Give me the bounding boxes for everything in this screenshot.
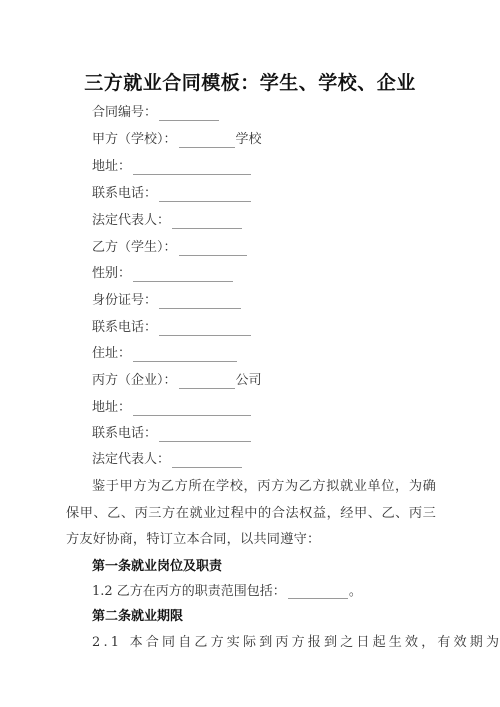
party-c-legal-rep-blank[interactable] <box>172 455 242 468</box>
field-label: 性别： <box>92 266 131 282</box>
party-b-gender-field: 性别： <box>92 266 233 282</box>
contract-number-blank[interactable] <box>159 108 219 121</box>
party-a-name-blank[interactable] <box>179 135 235 148</box>
duty-scope-blank[interactable] <box>288 586 348 599</box>
document-title: 三方就业合同模板：学生、学校、企业 <box>0 68 500 95</box>
section-2-clause: 2.1 本合同自乙方实际到丙方报到之日起生效，有效期为 <box>92 631 500 650</box>
field-label: 联系电话： <box>92 186 157 202</box>
party-a-school-field: 甲方（学校）： 学校 <box>92 132 262 148</box>
clause-suffix: 。 <box>349 580 362 599</box>
party-a-address-blank[interactable] <box>133 162 251 175</box>
party-c-address-blank[interactable] <box>133 403 251 416</box>
party-c-phone-field: 联系电话： <box>92 426 251 442</box>
party-c-address-field: 地址： <box>92 400 251 416</box>
field-label: 甲方（学校）： <box>92 132 177 148</box>
field-label: 地址： <box>92 159 131 175</box>
field-label: 法定代表人： <box>92 213 170 229</box>
clause-text: 2.1 本合同自乙方实际到丙方报到之日起生效，有效期为 <box>92 631 500 650</box>
field-label: 乙方（学生）： <box>92 240 177 256</box>
field-suffix: 公司 <box>236 373 262 389</box>
party-c-legal-rep-field: 法定代表人： <box>92 452 242 468</box>
field-label: 联系电话： <box>92 426 157 442</box>
contract-number-field: 合同编号： <box>92 105 219 121</box>
party-b-id-number-blank[interactable] <box>159 296 241 309</box>
party-c-company-field: 丙方（企业）： 公司 <box>92 373 262 389</box>
party-a-phone-blank[interactable] <box>159 189 251 202</box>
field-label: 地址： <box>92 400 131 416</box>
party-b-name-blank[interactable] <box>179 243 247 256</box>
party-b-residence-field: 住址： <box>92 346 237 362</box>
party-b-student-field: 乙方（学生）： <box>92 240 247 256</box>
preamble-paragraph: 鉴于甲方为乙方所在学校，丙方为乙方拟就业单位，为确保甲、乙、丙三方在就业过程中的… <box>66 474 436 554</box>
field-label: 身份证号： <box>92 293 157 309</box>
party-c-name-blank[interactable] <box>179 376 235 389</box>
party-a-phone-field: 联系电话： <box>92 186 251 202</box>
party-c-phone-blank[interactable] <box>159 429 251 442</box>
field-label: 联系电话： <box>92 320 157 336</box>
party-b-phone-blank[interactable] <box>159 323 251 336</box>
party-a-legal-rep-field: 法定代表人： <box>92 213 242 229</box>
section-2-heading: 第二条就业期限 <box>92 605 183 624</box>
clause-text: 1.2 乙方在丙方的职责范围包括： <box>92 580 286 599</box>
party-b-id-number-field: 身份证号： <box>92 293 241 309</box>
field-label: 法定代表人： <box>92 452 170 468</box>
party-a-address-field: 地址： <box>92 159 251 175</box>
party-a-legal-rep-blank[interactable] <box>172 216 242 229</box>
field-label: 丙方（企业）： <box>92 373 177 389</box>
party-b-phone-field: 联系电话： <box>92 320 251 336</box>
field-suffix: 学校 <box>236 132 262 148</box>
party-b-gender-blank[interactable] <box>133 269 233 282</box>
section-1-clause: 1.2 乙方在丙方的职责范围包括： 。 <box>92 580 362 599</box>
section-1-heading: 第一条就业岗位及职责 <box>92 555 222 574</box>
field-label: 住址： <box>92 346 131 362</box>
field-label: 合同编号： <box>92 105 157 121</box>
document-page: 三方就业合同模板：学生、学校、企业 合同编号： 甲方（学校）： 学校 地址： 联… <box>0 0 500 707</box>
party-b-residence-blank[interactable] <box>133 349 237 362</box>
